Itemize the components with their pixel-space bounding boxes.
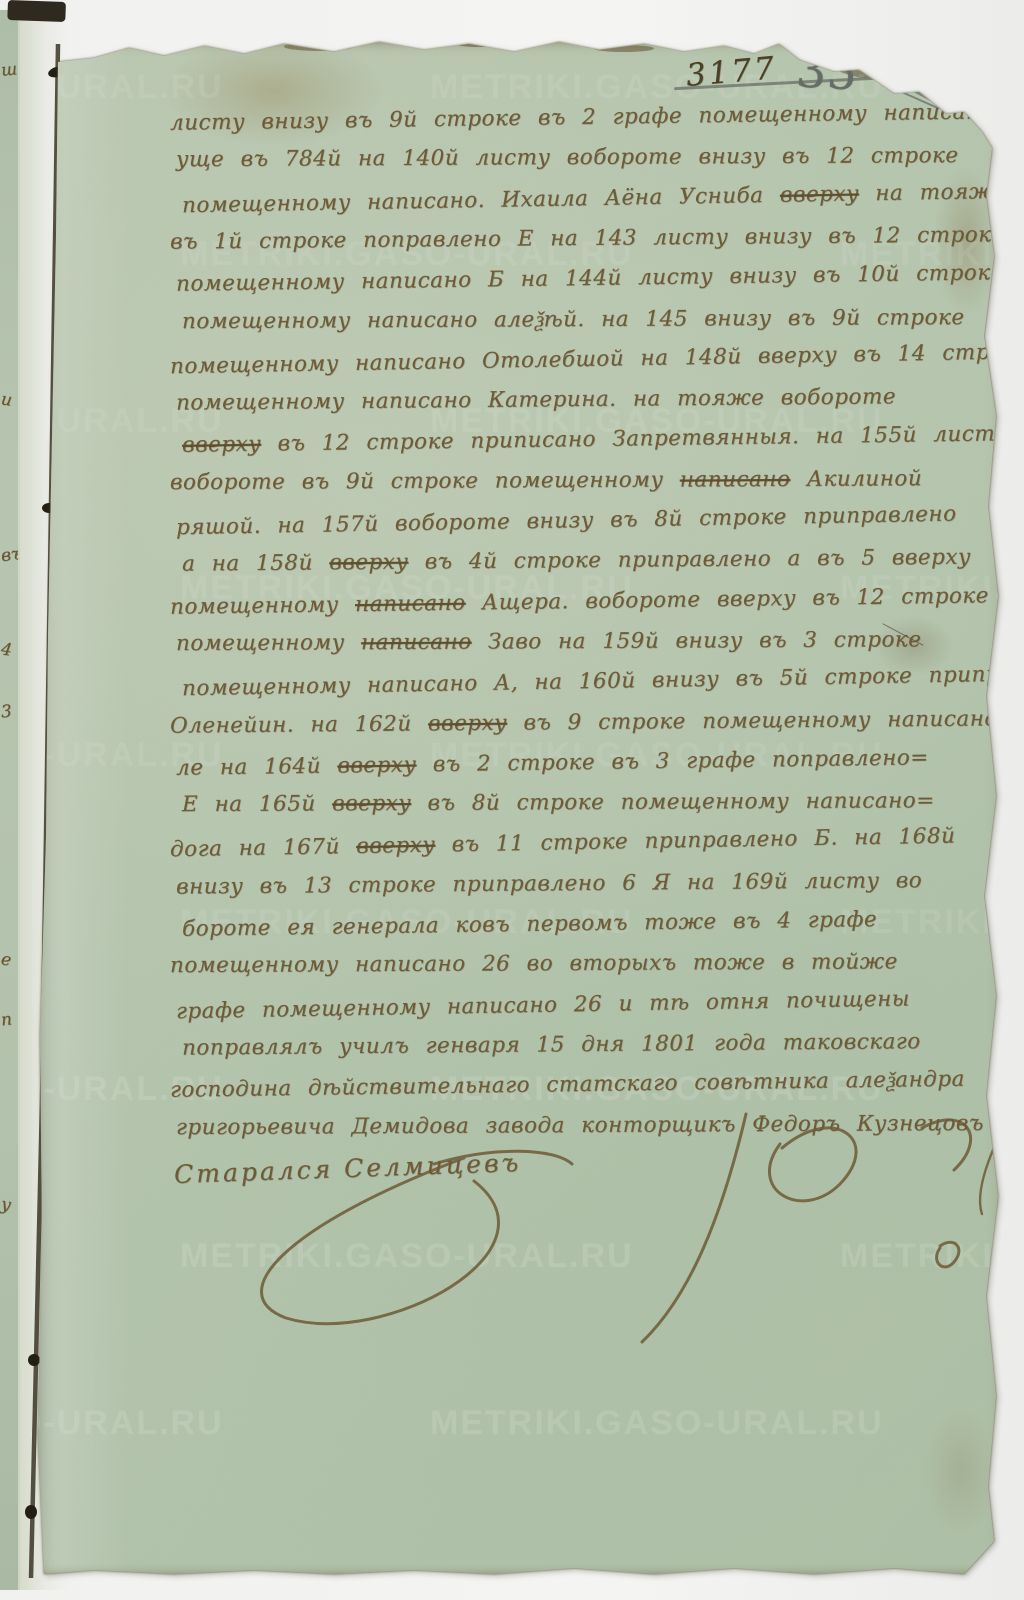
archival-scan-viewport: { "page": { "watermark_text": "METRIKI.G…	[0, 0, 1024, 1600]
paper-grain	[34, 36, 1006, 1578]
corner-ink-number: 4	[868, 49, 889, 82]
binding-tape-corner	[7, 0, 66, 22]
paper-surface: METRIKI.GASO-URAL.RUMETRIKI.GASO-URAL.RU…	[34, 36, 1006, 1578]
manuscript-page: METRIKI.GASO-URAL.RUMETRIKI.GASO-URAL.RU…	[34, 36, 1006, 1578]
